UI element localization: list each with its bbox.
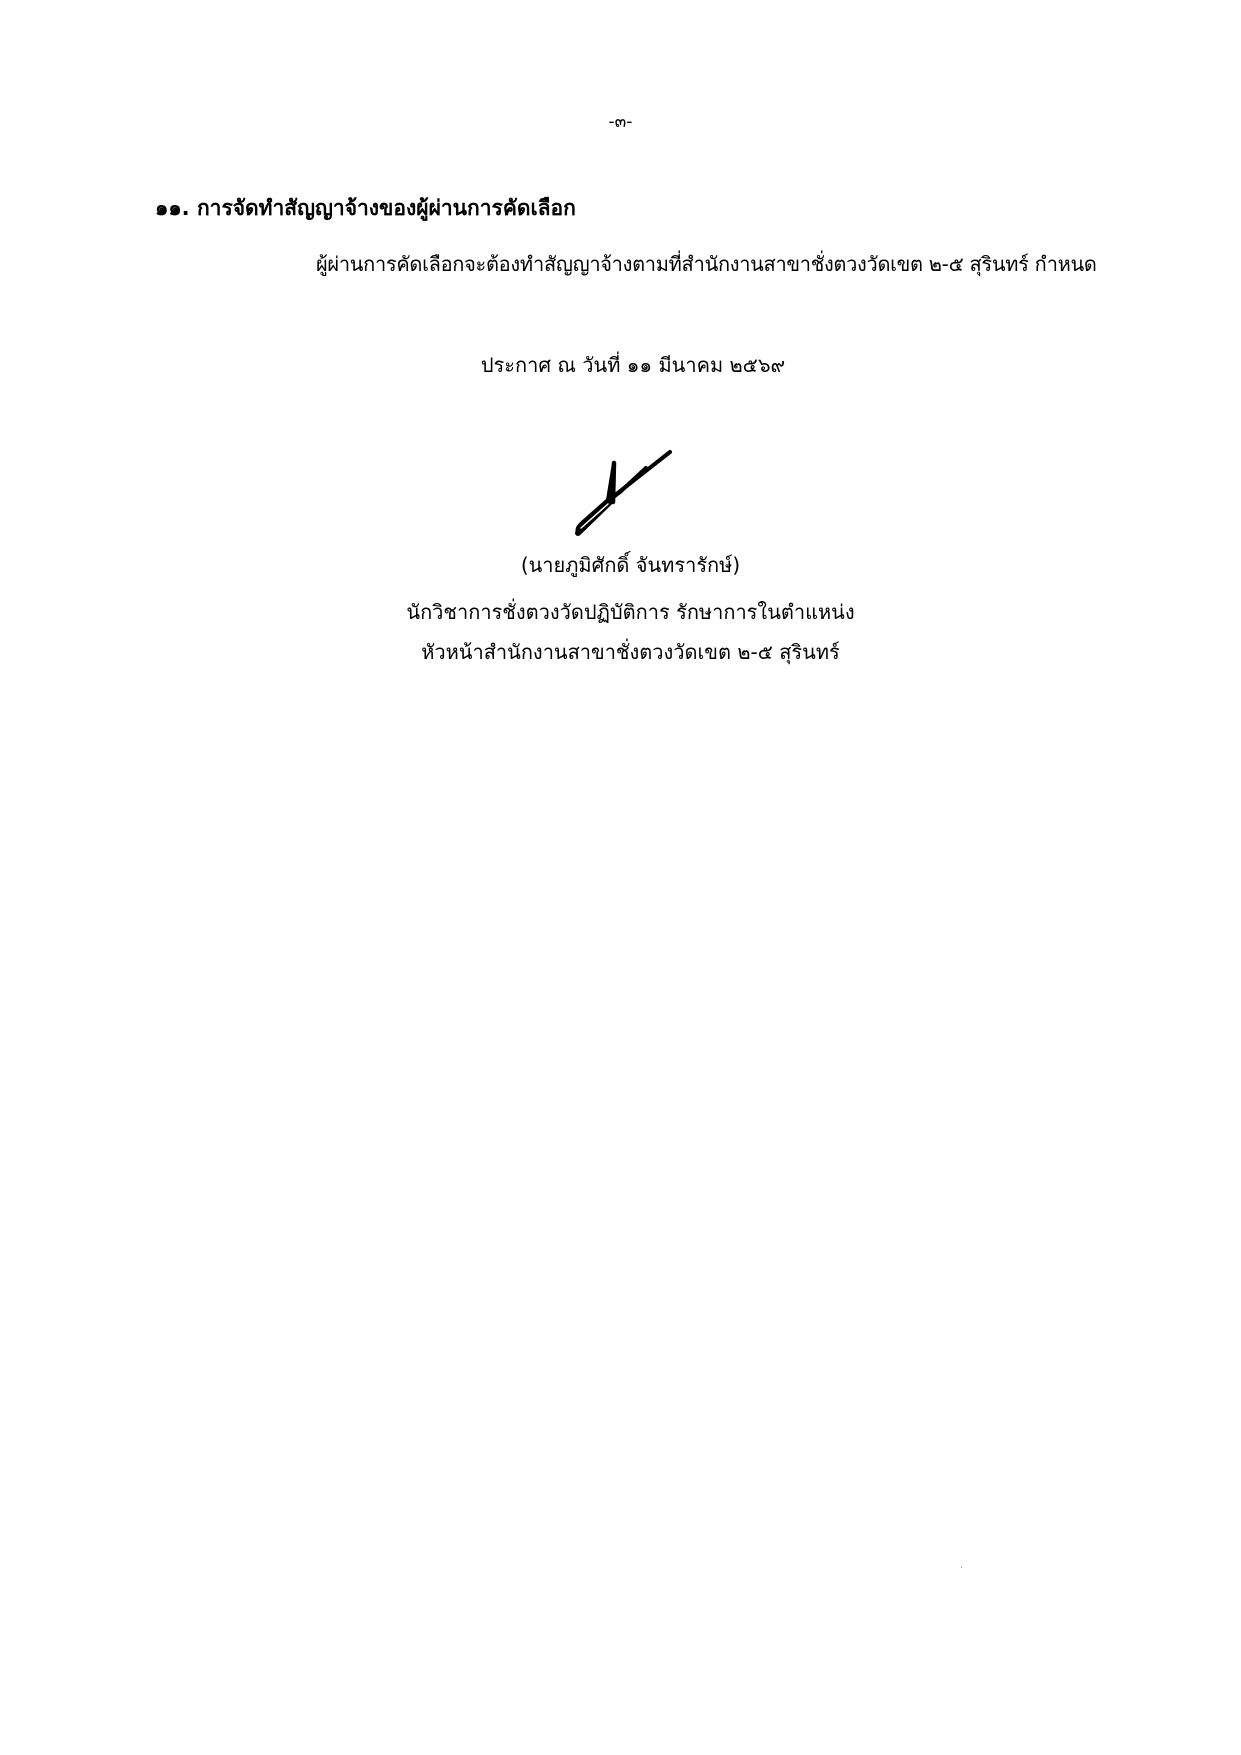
signer-name: (นายภูมิศักดิ์ จันทรารักษ์)	[0, 555, 1241, 575]
signer-title-line-2: หัวหน้าสำนักงานสาขาชั่งตวงวัดเขต ๒-๕ สุร…	[0, 642, 1241, 662]
document-page: -๓- ๑๑. การจัดทำสัญญาจ้างของผู้ผ่านการคั…	[0, 0, 1241, 1755]
section-heading: ๑๑. การจัดทำสัญญาจ้างของผู้ผ่านการคัดเลื…	[155, 198, 576, 219]
section-body: ผู้ผ่านการคัดเลือกจะต้องทำสัญญาจ้างตามที…	[316, 254, 1097, 274]
signer-title-line-1: นักวิชาการชั่งตวงวัดปฏิบัติการ รักษาการใ…	[0, 602, 1241, 622]
scan-speck	[961, 1567, 962, 1568]
announcement-date: ประกาศ ณ วันที่ ๑๑ มีนาคม ๒๕๖๙	[0, 355, 1241, 375]
page-number: -๓-	[0, 114, 1241, 131]
signature-icon	[568, 438, 688, 538]
